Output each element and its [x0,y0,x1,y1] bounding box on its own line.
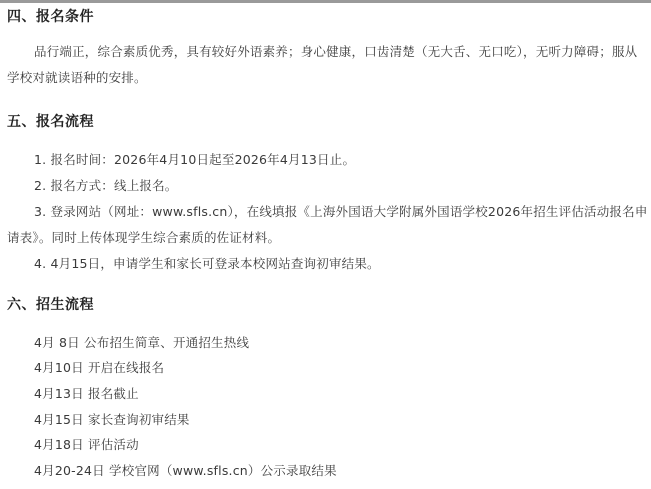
list-item: 2. 报名方式：线上报名。 [34,176,178,194]
paragraph-line: 品行端正，综合素质优秀，具有较好外语素养；身心健康，口齿清楚（无大舌、无口吃），… [34,42,637,60]
list-item: 4. 4月15日，申请学生和家长可登录本校网站查询初审结果。 [34,254,380,272]
paragraph-line: 学校对就读语种的安排。 [7,68,147,86]
schedule-item: 4月13日 报名截止 [34,384,139,402]
list-item-continuation: 请表》。同时上传体现学生综合素质的佐证材料。 [7,228,280,246]
section-heading: 五、报名流程 [7,111,94,131]
section-heading: 四、报名条件 [7,6,94,26]
schedule-item: 4月 8日 公布招生简章、开通招生热线 [34,333,249,351]
schedule-item: 4月20-24日 学校官网（www.sfls.cn）公示录取结果 [34,461,337,479]
section-heading: 六、招生流程 [7,294,94,314]
list-item: 3. 登录网站（网址：www.sfls.cn），在线填报《上海外国语大学附属外国… [34,202,648,220]
list-item: 1. 报名时间：2026年4月10日起至2026年4月13日止。 [34,150,355,168]
schedule-item: 4月10日 开启在线报名 [34,358,164,376]
schedule-item: 4月18日 评估活动 [34,435,139,453]
schedule-item: 4月15日 家长查询初审结果 [34,410,190,428]
top-divider [0,0,651,3]
